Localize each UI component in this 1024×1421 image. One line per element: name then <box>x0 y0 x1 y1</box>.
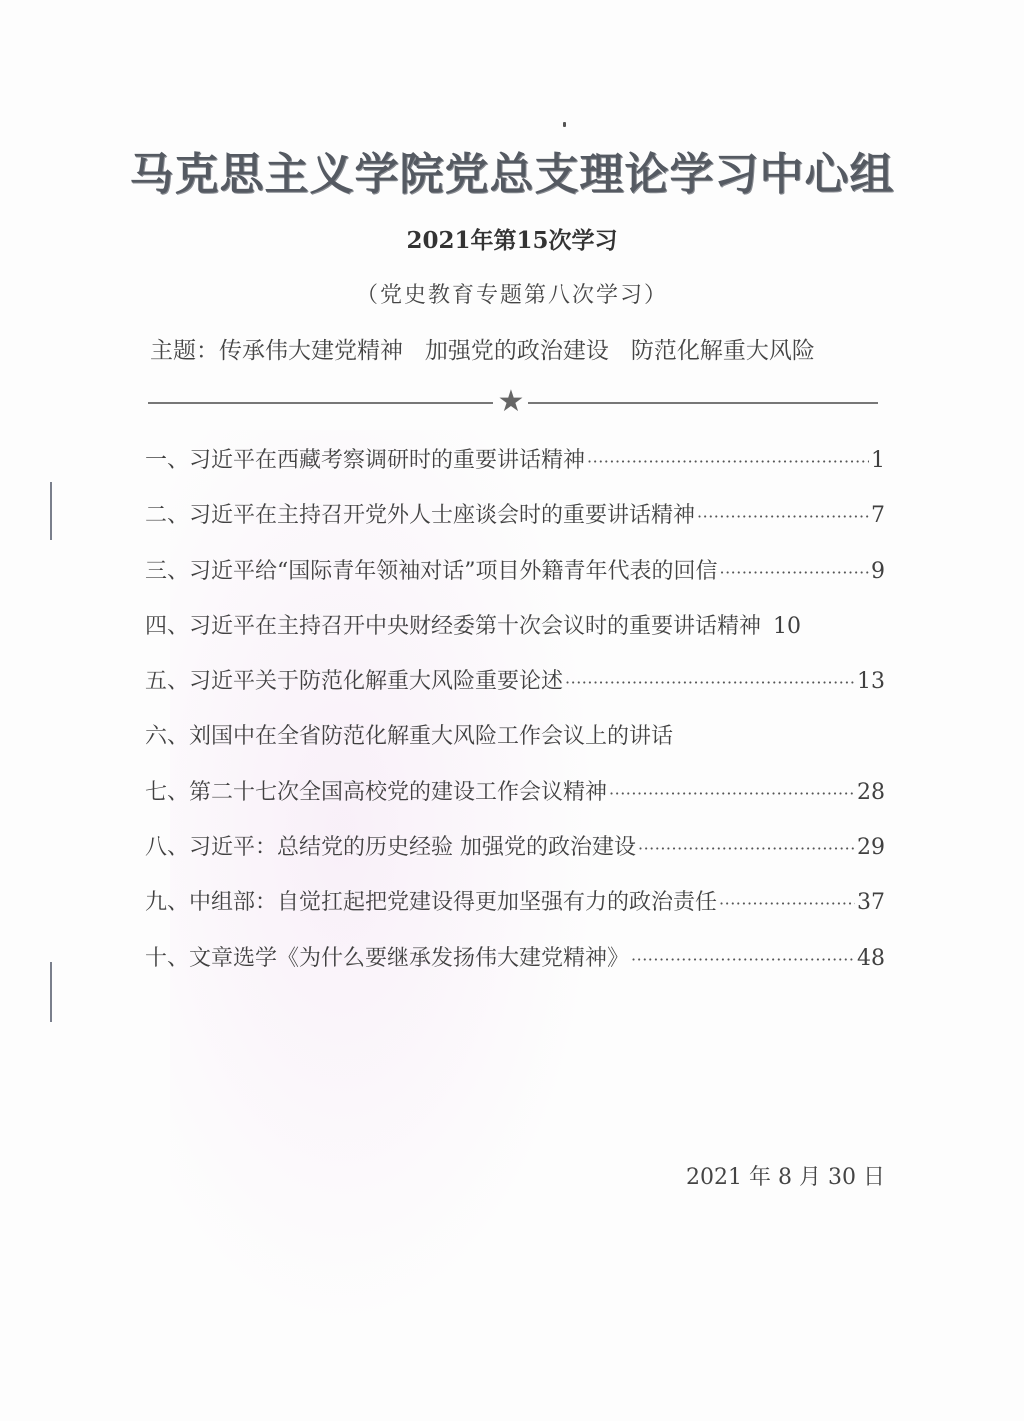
toc-item: 十、文章选学《为什么要继承发扬伟大建党精神》··················… <box>145 941 885 996</box>
toc-item-title: 九、中组部：自觉扛起把党建设得更加坚强有力的政治责任 <box>145 885 717 916</box>
toc-page-number: 48 <box>857 946 885 971</box>
staple-mark <box>50 962 52 1022</box>
toc-page-number: 1 <box>871 448 885 473</box>
divider-line-left <box>148 402 493 404</box>
toc-page-number: 10 <box>773 614 801 639</box>
toc-item-title: 七、第二十七次全国高校党的建设工作会议精神 <box>145 775 607 806</box>
toc-item: 六、刘国中在全省防范化解重大风险工作会议上的讲话 <box>145 719 885 774</box>
toc-item-title: 一、习近平在西藏考察调研时的重要讲话精神 <box>145 443 585 474</box>
toc-page-number: 13 <box>857 669 885 694</box>
toc-item: 四、习近平在主持召开中央财经委第十次会议时的重要讲话精神10 <box>145 609 885 664</box>
toc-item-title: 八、习近平：总结党的历史经验 加强党的政治建设 <box>145 830 636 861</box>
toc-leader-dots: ········································… <box>719 894 855 913</box>
toc-leader-dots: ········································… <box>587 452 869 471</box>
toc-item: 八、习近平：总结党的历史经验 加强党的政治建设·················… <box>145 830 885 885</box>
toc-leader-dots: ········································… <box>631 950 855 969</box>
session-heading: 2021年第15次学习 <box>0 222 1024 255</box>
divider-line-right <box>528 402 878 404</box>
toc-leader-dots: ········································… <box>720 563 870 582</box>
toc-item: 九、中组部：自觉扛起把党建设得更加坚强有力的政治责任··············… <box>145 885 885 940</box>
toc-page-number: 29 <box>857 835 885 860</box>
toc-leader-dots: ········································… <box>697 507 869 526</box>
toc-page-number: 28 <box>857 780 885 805</box>
toc-item-title: 二、习近平在主持召开党外人士座谈会时的重要讲话精神 <box>145 498 695 529</box>
toc-item-title: 三、习近平给“国际青年领袖对话”项目外籍青年代表的回信 <box>145 554 718 585</box>
toc-item: 三、习近平给“国际青年领袖对话”项目外籍青年代表的回信·············… <box>145 554 885 609</box>
star-divider: ★ <box>148 391 878 417</box>
scan-speck <box>563 122 566 127</box>
subtitle: （党史教育专题第八次学习） <box>0 278 1024 309</box>
table-of-contents: 一、习近平在西藏考察调研时的重要讲话精神····················… <box>145 443 885 996</box>
toc-item-title: 十、文章选学《为什么要继承发扬伟大建党精神》 <box>145 941 629 972</box>
toc-item: 一、习近平在西藏考察调研时的重要讲话精神····················… <box>145 443 885 498</box>
toc-item: 五、习近平关于防范化解重大风险重要论述·····················… <box>145 664 885 719</box>
staple-mark <box>50 482 52 540</box>
document-title: 马克思主义学院党总支理论学习中心组 <box>0 138 1024 202</box>
toc-item: 二、习近平在主持召开党外人士座谈会时的重要讲话精神···············… <box>145 498 885 553</box>
theme-line: 主题：传承伟大建党精神 加强党的政治建设 防范化解重大风险 <box>150 332 815 365</box>
toc-item-title: 五、习近平关于防范化解重大风险重要论述 <box>145 664 563 695</box>
star-icon: ★ <box>493 387 529 417</box>
toc-item-title: 四、习近平在主持召开中央财经委第十次会议时的重要讲话精神 <box>145 609 761 640</box>
document-date: 2021 年 8 月 30 日 <box>686 1160 885 1191</box>
toc-item-title: 六、刘国中在全省防范化解重大风险工作会议上的讲话 <box>145 719 673 750</box>
toc-item: 七、第二十七次全国高校党的建设工作会议精神···················… <box>145 775 885 830</box>
toc-leader-dots: ········································… <box>609 784 855 803</box>
toc-leader-dots: ········································… <box>638 839 855 858</box>
toc-leader-dots: ········································… <box>565 673 855 692</box>
toc-page-number: 37 <box>857 890 885 915</box>
toc-page-number: 9 <box>871 559 885 584</box>
toc-page-number: 7 <box>871 503 885 528</box>
